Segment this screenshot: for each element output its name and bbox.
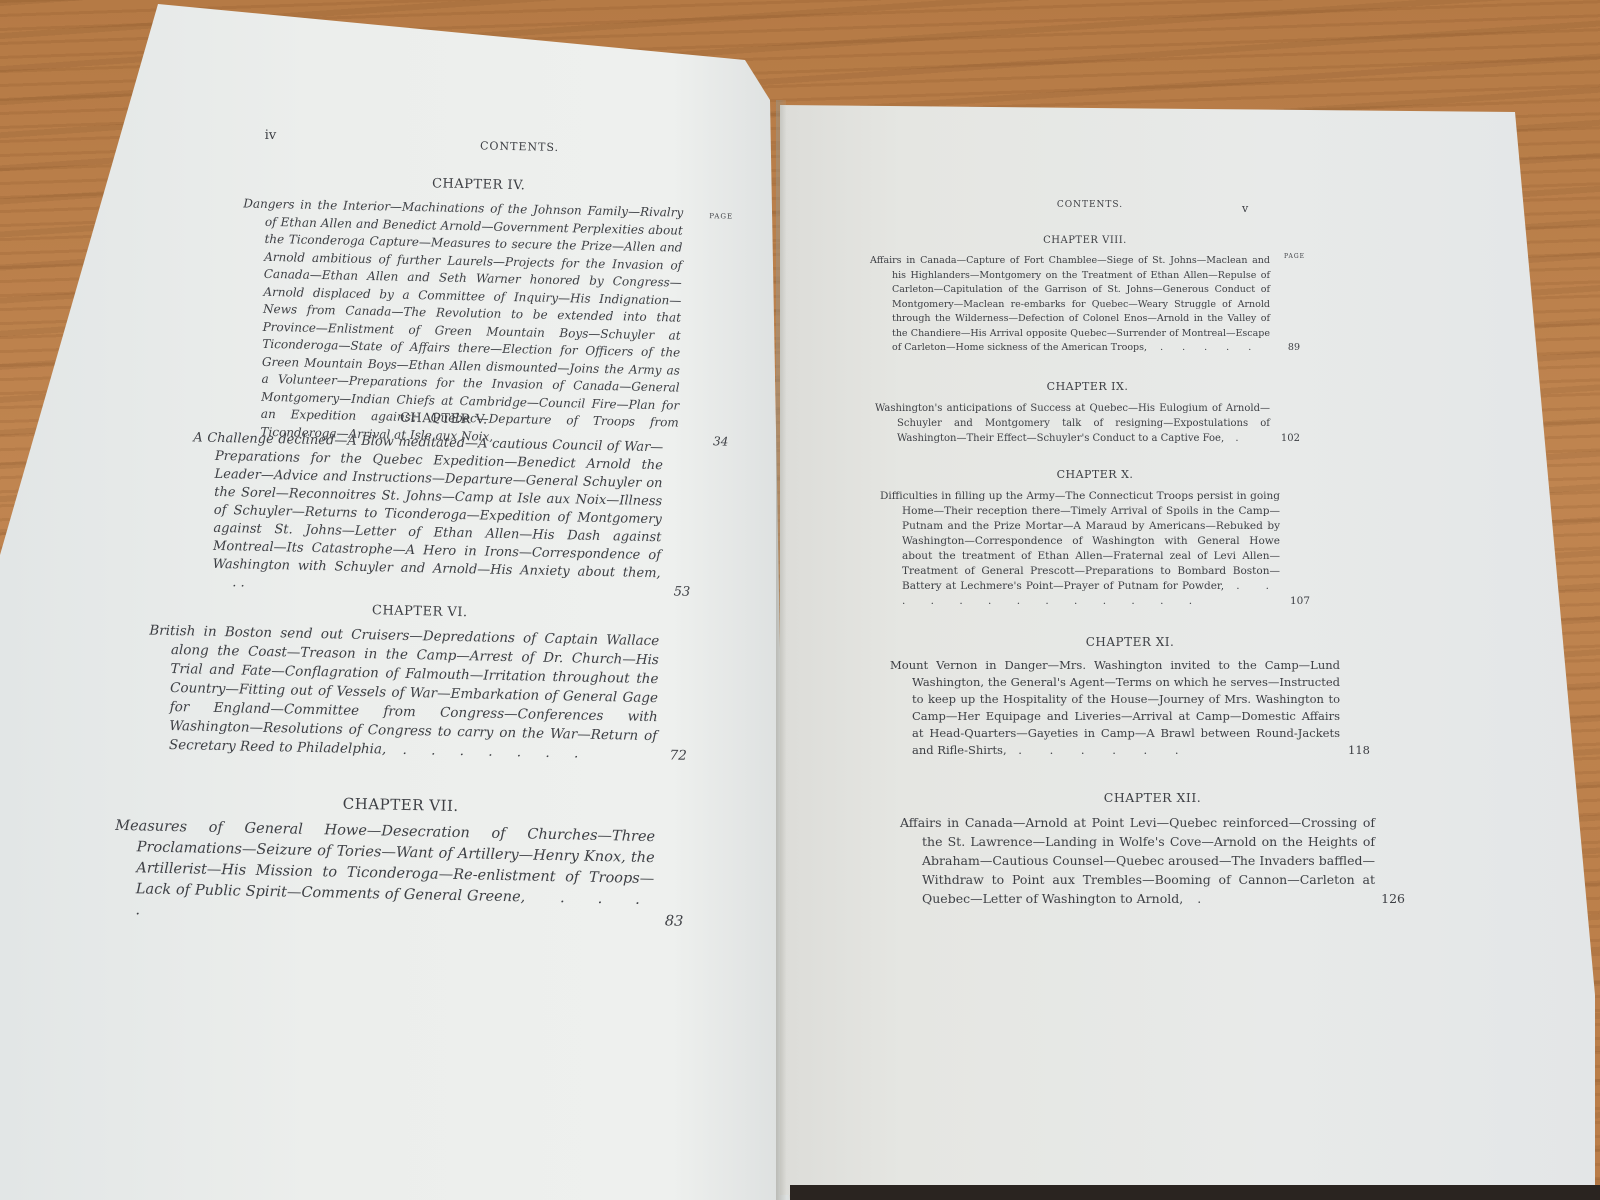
chapter-summary-text: British in Boston send out Cruisers—Depr… <box>149 623 659 758</box>
chapter-vi: CHAPTER VI. British in Boston send out C… <box>147 599 690 766</box>
dot-leaders: . . . . . . . <box>402 742 588 762</box>
chapter-x: CHAPTER X. Difficulties in filling up th… <box>880 468 1310 609</box>
page-number[interactable]: 72 <box>669 746 687 765</box>
running-head-right: CONTENTS. <box>880 200 1300 210</box>
chapter-title: CHAPTER XI. <box>890 635 1370 649</box>
page-number[interactable]: 102 <box>1281 431 1300 446</box>
chapter-summary: Measures of General Howe—Desecration of … <box>113 816 685 933</box>
chapter-summary-text: Affairs in Canada—Arnold at Point Levi—Q… <box>900 815 1375 906</box>
chapter-ix: CHAPTER IX. Washington's anticipations o… <box>875 380 1300 446</box>
chapter-title: CHAPTER X. <box>880 468 1310 481</box>
chapter-summary: Affairs in Canada—Arnold at Point Levi—Q… <box>900 813 1405 908</box>
page-number[interactable]: 89 <box>1288 341 1300 356</box>
chapter-vii: CHAPTER VII. Measures of General Howe—De… <box>113 790 686 933</box>
folio-right: v <box>1242 202 1248 215</box>
folio-left: iv <box>265 128 277 143</box>
chapter-v: CHAPTER V. A Challenge declined—A Blow m… <box>190 406 694 601</box>
book-cover-edge <box>790 1185 1600 1200</box>
dot-leaders: . <box>1197 891 1201 906</box>
chapter-xii: CHAPTER XII. Affairs in Canada—Arnold at… <box>900 790 1405 908</box>
chapter-summary: A Challenge declined—A Blow meditated—A … <box>190 429 693 601</box>
chapter-summary: British in Boston send out Cruisers—Depr… <box>147 622 690 766</box>
chapter-title: CHAPTER XII. <box>900 790 1405 805</box>
page-number[interactable]: 118 <box>1348 742 1370 759</box>
page-number[interactable]: 83 <box>665 911 684 932</box>
chapter-xi: CHAPTER XI. Mount Vernon in Danger—Mrs. … <box>890 635 1370 759</box>
page-number[interactable]: 34 <box>713 433 729 451</box>
dot-leaders: . . . . . . <box>1018 743 1190 757</box>
chapter-summary-text: A Challenge declined—A Blow meditated—A … <box>193 430 663 581</box>
chapter-summary: Affairs in Canada—Capture of Fort Chambl… <box>870 254 1300 356</box>
dot-leaders: . . . . . <box>1160 342 1259 353</box>
chapter-summary-text: Washington's anticipations of Success at… <box>875 403 1270 444</box>
chapter-viii: CHAPTER VIII. PAGE Affairs in Canada—Cap… <box>870 235 1300 356</box>
chapter-summary: Mount Vernon in Danger—Mrs. Washington i… <box>890 657 1370 759</box>
chapter-summary: Difficulties in filling up the Army—The … <box>880 489 1310 609</box>
chapter-summary-text: Affairs in Canada—Capture of Fort Chambl… <box>870 255 1270 353</box>
chapter-title: CHAPTER IX. <box>875 380 1300 393</box>
book-spine <box>776 100 786 1200</box>
chapter-summary-text: Difficulties in filling up the Army—The … <box>880 490 1280 592</box>
chapter-summary-text: Dangers in the Interior—Machinations of … <box>243 196 683 443</box>
page-number[interactable]: 53 <box>673 583 690 601</box>
dot-leaders: . <box>1235 433 1238 444</box>
chapter-title: CHAPTER VIII. <box>870 235 1300 246</box>
chapter-summary: Washington's anticipations of Success at… <box>875 401 1300 446</box>
dot-leaders: . . <box>232 575 245 590</box>
page-number[interactable]: 126 <box>1381 889 1405 908</box>
page-number[interactable]: 107 <box>1290 594 1310 609</box>
